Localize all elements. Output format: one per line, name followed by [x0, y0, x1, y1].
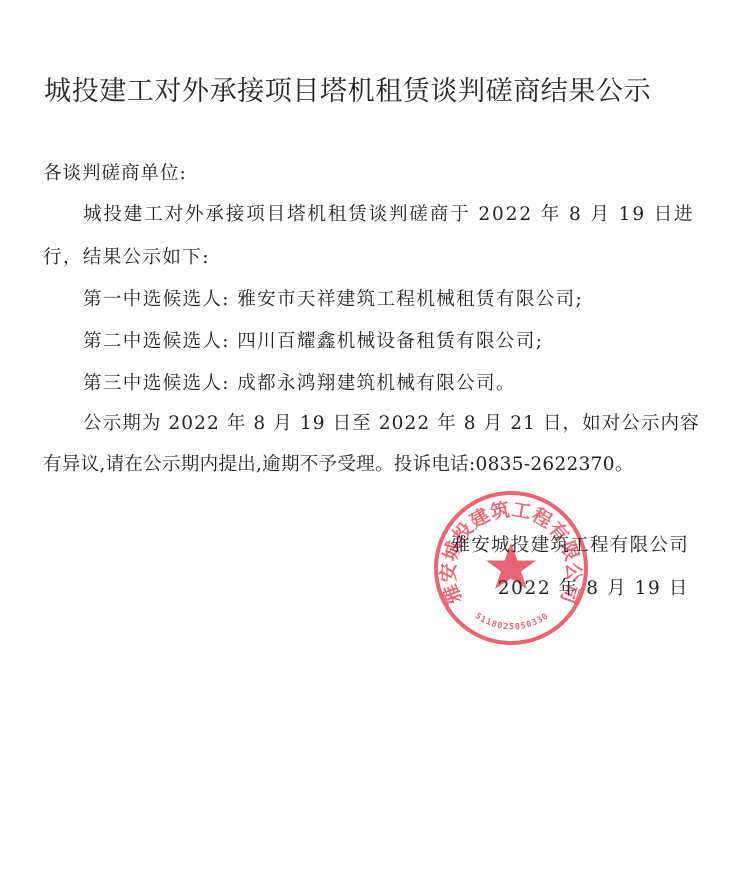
signature-company: 雅安城投建筑工程有限公司	[451, 534, 689, 558]
signature-date: 2022 年 8 月 19 日	[498, 577, 689, 601]
paragraph-1-line-2: 行，结果公示如下:	[43, 246, 210, 270]
paragraph-2-line-2: 有异议,请在公示期内提出,逾期不予受理。投诉电话:0835-2622370。	[43, 453, 634, 477]
candidate-3-name: 成都永鸿翔建筑机械有限公司。	[237, 373, 516, 394]
candidate-1-name: 雅安市天祥建筑工程机械租赁有限公司;	[237, 289, 583, 310]
official-seal-icon: 雅安城投建筑工程有限公司 5118025050330	[432, 489, 590, 647]
paragraph-2-line-1: 公示期为 2022 年 8 月 19 日至 2022 年 8 月 21 日，如对…	[83, 412, 700, 436]
paragraph-1-line-1: 城投建工对外承接项目塔机租赁谈判磋商于 2022 年 8 月 19 日进	[83, 203, 695, 227]
document-title: 城投建工对外承接项目塔机租赁谈判磋商结果公示	[44, 72, 724, 112]
candidate-2: 第二中选候选人: 四川百耀鑫机械设备租赁有限公司;	[83, 330, 543, 354]
candidate-2-label: 第二中选候选人:	[83, 331, 230, 352]
candidate-1: 第一中选候选人: 雅安市天祥建筑工程机械租赁有限公司;	[83, 288, 583, 312]
candidate-3: 第三中选候选人: 成都永鸿翔建筑机械有限公司。	[83, 372, 516, 396]
salutation: 各谈判磋商单位:	[43, 162, 187, 186]
candidate-1-label: 第一中选候选人:	[83, 289, 230, 310]
svg-text:5118025050330: 5118025050330	[473, 611, 551, 632]
candidate-3-label: 第三中选候选人:	[83, 373, 230, 394]
candidate-2-name: 四川百耀鑫机械设备租赁有限公司;	[237, 331, 543, 352]
